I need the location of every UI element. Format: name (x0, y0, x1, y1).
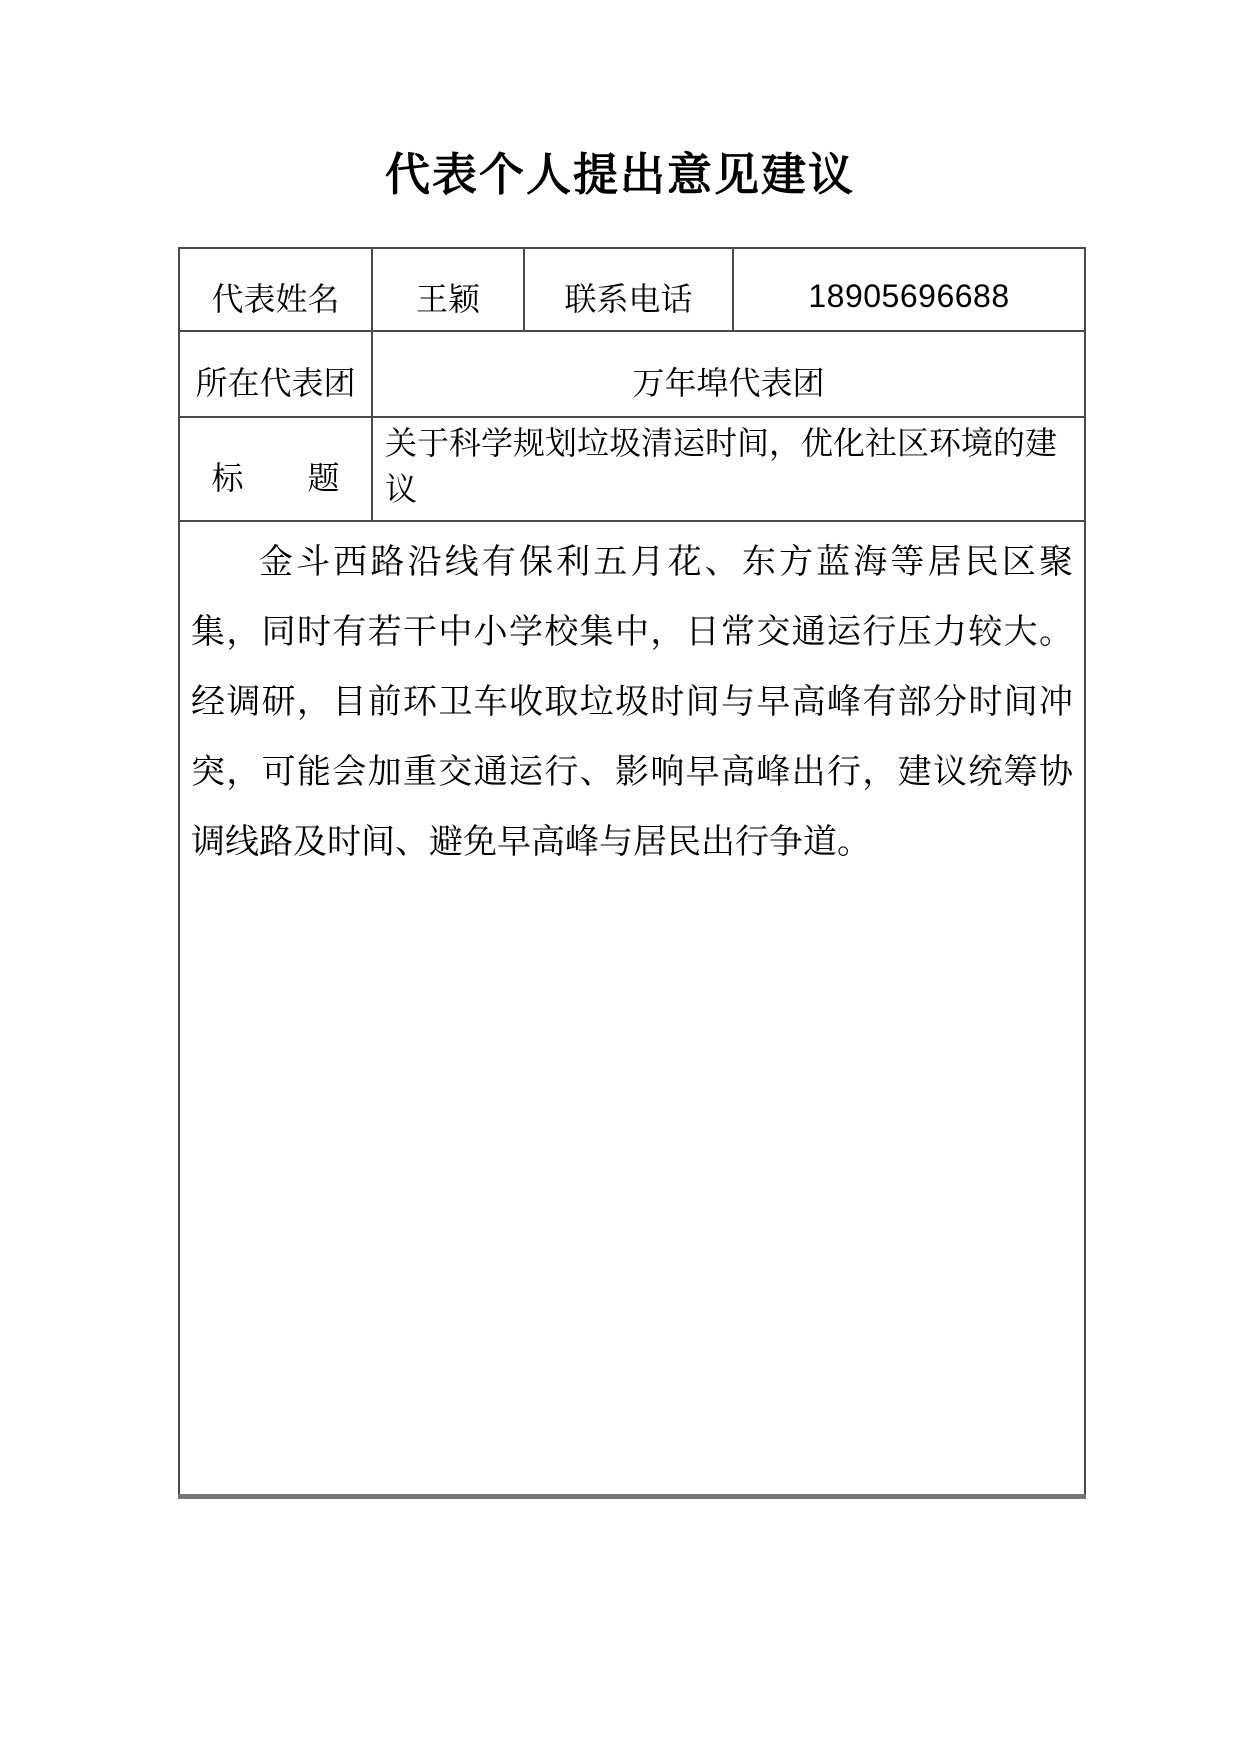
row-delegation: 所在代表团 万年埠代表团 (179, 331, 1085, 417)
page: 代表个人提出意见建议 代表姓名 王颖 联系电话 18905696688 所在代表… (0, 0, 1240, 1753)
title-value-cell: 关于科学规划垃圾清运时间，优化社区环境的建议 (372, 417, 1085, 521)
suggestion-form-table: 代表姓名 王颖 联系电话 18905696688 所在代表团 万年埠代表团 标 … (178, 247, 1086, 1499)
delegation-value-cell: 万年埠代表团 (372, 331, 1085, 417)
phone-value-cell: 18905696688 (733, 248, 1085, 331)
body-cell: 金斗西路沿线有保利五月花、东方蓝海等居民区聚集，同时有若干中小学校集中，日常交通… (179, 521, 1085, 1496)
row-title: 标 题 关于科学规划垃圾清运时间，优化社区环境的建议 (179, 417, 1085, 521)
title-label-cell: 标 题 (179, 417, 372, 521)
phone-label-cell: 联系电话 (524, 248, 733, 331)
suggestion-body-text: 金斗西路沿线有保利五月花、东方蓝海等居民区聚集，同时有若干中小学校集中，日常交通… (191, 528, 1073, 878)
delegation-label-cell: 所在代表团 (179, 331, 372, 417)
row-name-phone: 代表姓名 王颖 联系电话 18905696688 (179, 248, 1085, 331)
document-title: 代表个人提出意见建议 (0, 145, 1240, 205)
name-label-cell: 代表姓名 (179, 248, 372, 331)
name-value-cell: 王颖 (372, 248, 524, 331)
row-body: 金斗西路沿线有保利五月花、东方蓝海等居民区聚集，同时有若干中小学校集中，日常交通… (179, 521, 1085, 1496)
